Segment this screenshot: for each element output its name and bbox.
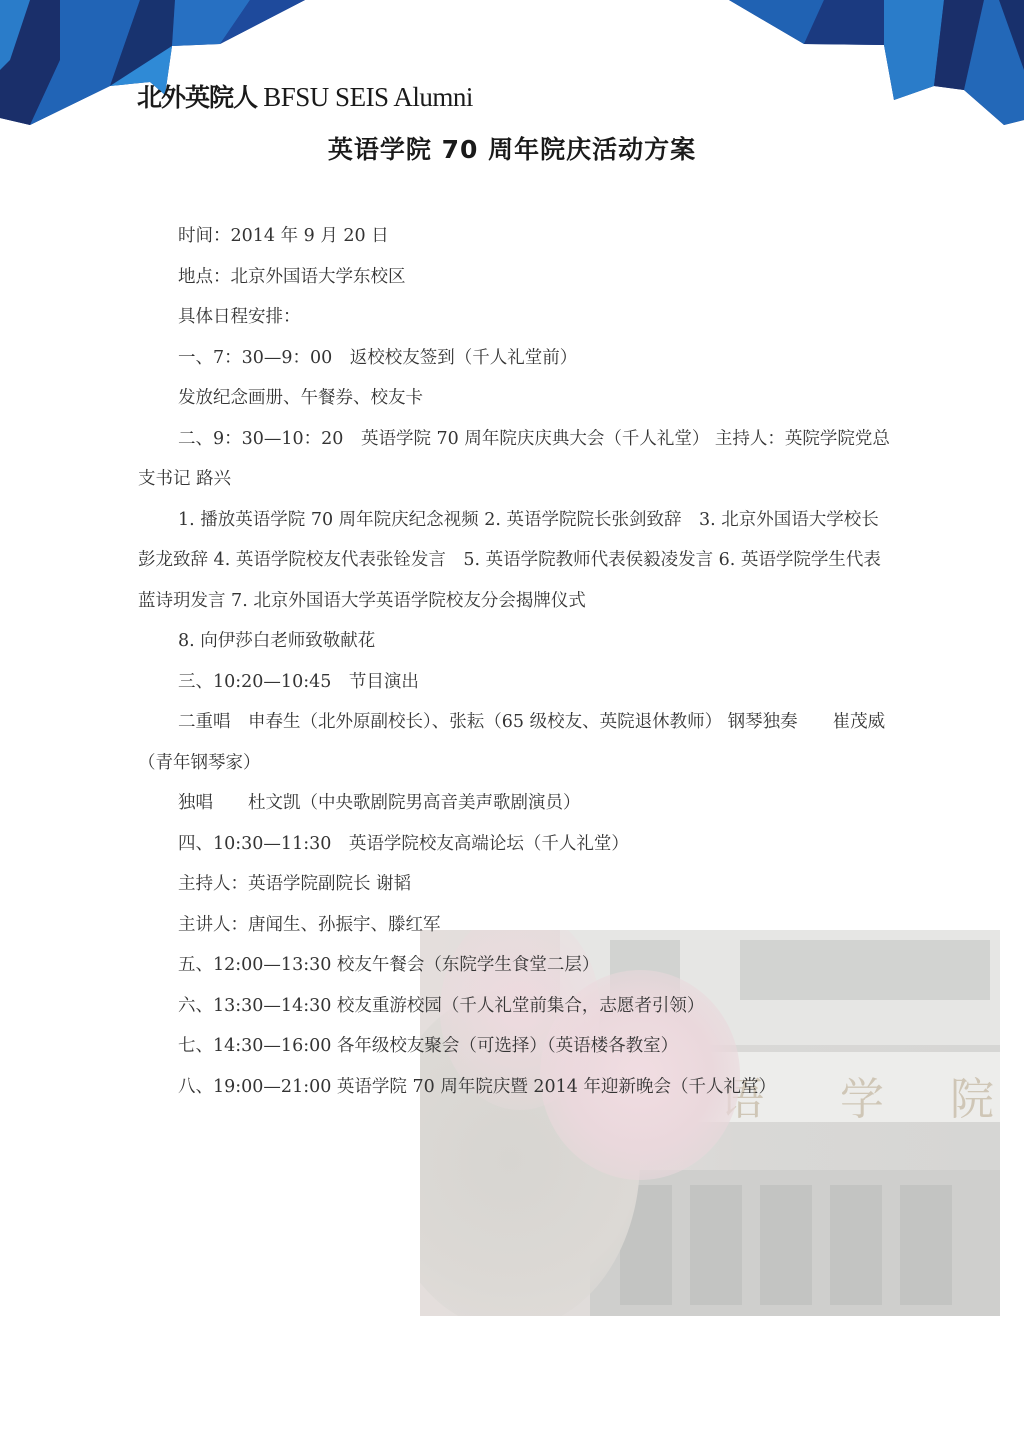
schedule-item-3: 三、10:20—10:45 节目演出 xyxy=(138,662,894,703)
brand-header: 北外英院人 BFSU SEIS Alumni xyxy=(137,78,473,114)
schedule-item-5: 五、12:00—13:30 校友午餐会（东院学生食堂二层） xyxy=(138,945,894,986)
location-line: 地点：北京外国语大学东校区 xyxy=(138,257,894,298)
forum-host: 主持人：英语学院副院长 谢韬 xyxy=(138,864,894,905)
date-line: 时间：2014 年 9 月 20 日 xyxy=(138,216,894,257)
schedule-item-2-flowers: 8. 向伊莎白老师致敬献花 xyxy=(138,621,894,662)
door xyxy=(690,1185,742,1305)
door xyxy=(830,1185,882,1305)
forum-speakers: 主讲人：唐闻生、孙振宇、滕红军 xyxy=(138,905,894,946)
schedule-heading: 具体日程安排： xyxy=(138,297,894,338)
schedule-item-6: 六、13:30—14:30 校友重游校园（千人礼堂前集合，志愿者引领） xyxy=(138,986,894,1027)
brand-chinese: 北外英院人 xyxy=(137,83,257,112)
schedule-body: 时间：2014 年 9 月 20 日 地点：北京外国语大学东校区 具体日程安排：… xyxy=(138,216,894,1107)
schedule-item-1-detail: 发放纪念画册、午餐券、校友卡 xyxy=(138,378,894,419)
schedule-item-2: 二、9：30—10：20 英语学院 70 周年院庆庆典大会（千人礼堂） 主持人：… xyxy=(138,419,894,500)
polygon-decoration-right-icon xyxy=(714,0,1024,130)
schedule-item-8: 八、19:00—21:00 英语学院 70 周年院庆暨 2014 年迎新晚会（千… xyxy=(138,1067,894,1108)
schedule-item-1: 一、7：30—9：00 返校校友签到（千人礼堂前） xyxy=(138,338,894,379)
brand-english: BFSU SEIS Alumni xyxy=(263,82,473,112)
schedule-item-7: 七、14:30—16:00 各年级校友聚会（可选择）（英语楼各教室） xyxy=(138,1026,894,1067)
sign-char: 院 xyxy=(950,1063,994,1127)
performance-duet: 二重唱 申春生（北外原副校长）、张耘（65 级校友、英院退休教师） 钢琴独奏 崔… xyxy=(138,702,894,783)
door xyxy=(900,1185,952,1305)
door xyxy=(760,1185,812,1305)
page-title: 英语学院 70 周年院庆活动方案 xyxy=(0,130,1024,166)
performance-solo: 独唱 杜文凯（中央歌剧院男高音美声歌剧演员） xyxy=(138,783,894,824)
schedule-item-2-program: 1. 播放英语学院 70 周年院庆纪念视频 2. 英语学院院长张剑致辞 3. 北… xyxy=(138,500,894,622)
schedule-item-4: 四、10:30—11:30 英语学院校友高端论坛（千人礼堂） xyxy=(138,824,894,865)
